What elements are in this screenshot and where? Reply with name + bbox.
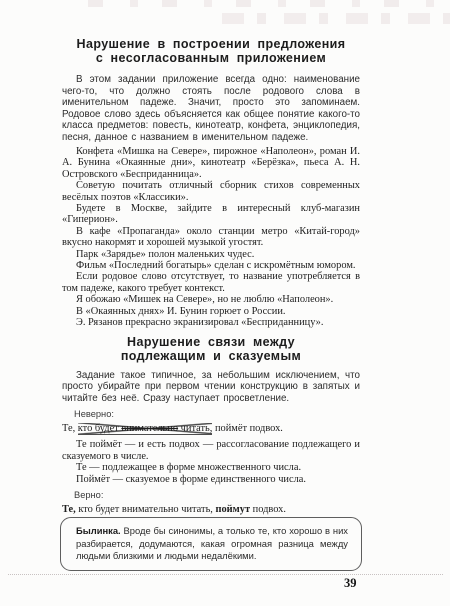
crossed-phrase-end: читать, [178, 423, 212, 434]
text-column: Нарушение в построении предложения с нес… [62, 37, 360, 518]
example-sentence: В кафе «Пропаганда» около станции метро … [62, 226, 360, 249]
wrong-label: Неверно: [62, 409, 360, 420]
explanation-sentence: Те поймёт — и есть подвох — рассогласова… [62, 439, 360, 462]
top-border-pattern-row1 [88, 0, 450, 7]
right-example-middle: кто будет внимательно читать, [76, 504, 216, 515]
section1-examples-block: Конфета «Мишка на Севере», пирожное «Нап… [62, 146, 360, 329]
explanation-sentence: Поймёт — сказуемое в форме единственного… [62, 474, 360, 485]
section1-intro-paragraph: В этом задании приложение всегда одно: н… [62, 74, 360, 143]
page-number: 39 [344, 576, 357, 591]
example-sentence: Конфета «Мишка на Севере», пирожное «Нап… [62, 146, 360, 180]
section2-intro-paragraph: Задание такое типичное, за небольшим иск… [62, 370, 360, 405]
example-sentence: Будете в Москве, зайдите в интересный кл… [62, 203, 360, 226]
note-box: Былинка. Вроде бы синонимы, а только те,… [60, 517, 362, 571]
right-example-bold-subject: Те, [62, 504, 76, 515]
struck-word: внимательно [121, 423, 178, 434]
right-example-bold-verb: поймут [216, 504, 251, 515]
note-paragraph: Былинка. Вроде бы синонимы, а только те,… [76, 525, 348, 563]
right-example-suffix: подвох. [250, 504, 286, 515]
section2-title-line1: Нарушение связи между [62, 335, 360, 349]
wrong-example-suffix: поймёт подвох. [212, 423, 283, 434]
crossed-out-phrase: кто будет внимательно читать, [78, 423, 213, 435]
section1-title-line1: Нарушение в построении предложения [62, 37, 360, 51]
section2-title-line2: подлежащим и сказуемым [62, 349, 360, 363]
wrong-example-prefix: Те, [62, 423, 78, 434]
example-sentence: Если родовое слово отсутствует, то назва… [62, 271, 360, 294]
example-sentence: Фильм «Последний богатырь» сделан с искр… [62, 260, 360, 271]
wrong-example-sentence: Те, кто будет внимательно читать, поймёт… [62, 423, 360, 434]
section2-title: Нарушение связи между подлежащим и сказу… [62, 335, 360, 363]
note-title: Былинка. [76, 525, 121, 536]
top-border-pattern-row2 [222, 13, 450, 24]
example-sentence: Парк «Зарядье» полон маленьких чудес. [62, 249, 360, 260]
example-sentence: Э. Рязанов прекрасно экранизировал «Бесп… [62, 317, 360, 328]
bottom-dotted-rule [8, 574, 443, 575]
example-sentence: В «Окаянных днях» И. Бунин горюет о Росс… [62, 306, 360, 317]
explanation-sentence: Те — подлежащее в форме множественного ч… [62, 462, 360, 473]
crossed-phrase-start: кто будет [78, 423, 122, 434]
book-page: Нарушение в построении предложения с нес… [0, 0, 450, 606]
example-sentence: Я обожаю «Мишек на Севере», но не люблю … [62, 294, 360, 305]
section1-title: Нарушение в построении предложения с нес… [62, 37, 360, 65]
right-example-sentence: Те, кто будет внимательно читать, поймут… [62, 504, 360, 515]
right-label: Верно: [62, 490, 360, 501]
section1-title-line2: с несогласованным приложением [62, 51, 360, 65]
example-sentence: Советую почитать отличный сборник стихов… [62, 180, 360, 203]
